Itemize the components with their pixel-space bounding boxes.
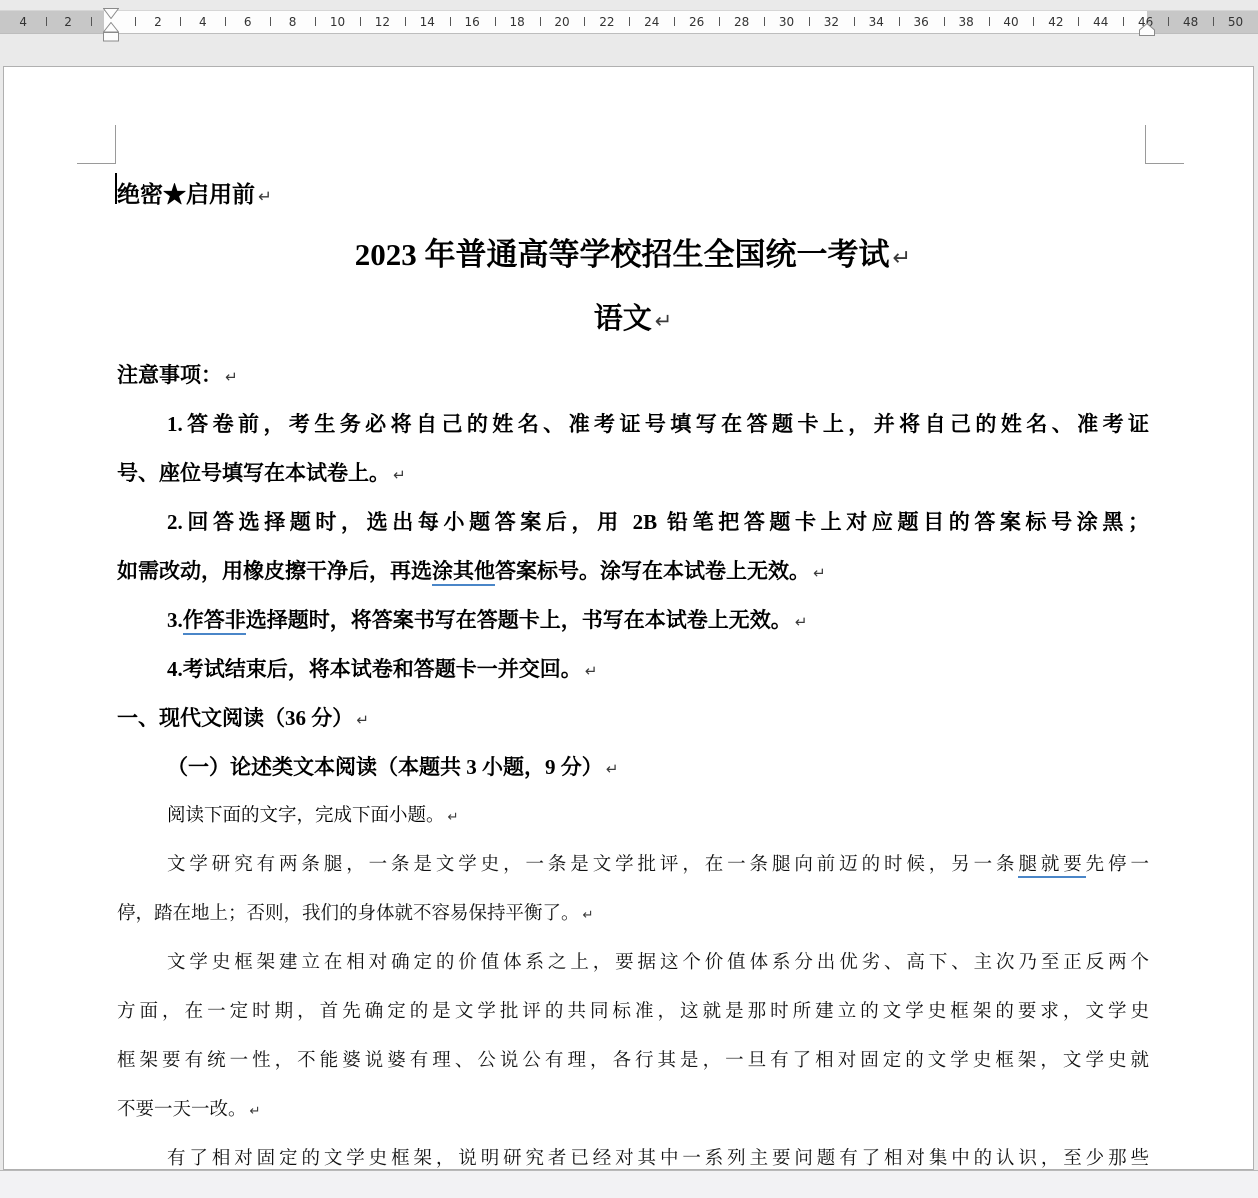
ruler-tick <box>495 17 496 26</box>
text-segment: 先停一 <box>1086 855 1149 875</box>
ruler-tick <box>764 17 765 26</box>
ruler-tick <box>1123 17 1124 26</box>
ruler-tick <box>854 17 855 26</box>
text-line[interactable]: 方面，在一定时期，首先确定的是文学批评的共同标准，这就是那时所建立的文学史框架的… <box>117 988 1149 1037</box>
right-indent-marker-icon[interactable] <box>1139 23 1155 36</box>
text-segment: 方面，在一定时期，首先确定的是文学批评的共同标准，这就是那时所建立的文学史框架的… <box>117 1002 1149 1022</box>
hanging-indent-marker-icon[interactable] <box>103 22 119 42</box>
text-segment: 阅读下面的文字，完成下面小题。 <box>167 806 445 826</box>
paragraph-mark-icon: ↵ <box>356 711 369 729</box>
paragraph-mark-icon: ↵ <box>585 662 598 680</box>
text-segment: 选择题时，将答案书写在答题卡上，书写在本试卷上无效。 <box>246 608 792 632</box>
crop-mark-top-right-horizontal <box>1145 163 1184 164</box>
text-line[interactable]: 阅读下面的文字，完成下面小题。↵ <box>117 792 1149 841</box>
ruler-label: 32 <box>824 11 839 33</box>
paragraph-mark-icon: ↵ <box>813 564 826 582</box>
ruler-tick <box>270 17 271 26</box>
text-segment: 号、座位号填写在本试卷上。 <box>117 461 390 485</box>
ruler-tick <box>944 17 945 26</box>
ruler-label: 2 <box>64 11 72 33</box>
text-segment: 文学研究有两条腿，一条是文学史，一条是文学批评，在一条腿向前迈的时候，另一条 <box>167 855 1018 875</box>
bottom-strip <box>0 1170 1258 1198</box>
text-segment: 绝密★启用前 <box>117 182 255 207</box>
ruler-tick <box>584 17 585 26</box>
paragraph-mark-icon: ↵ <box>893 245 912 271</box>
text-line[interactable]: 不要一天一改。↵ <box>117 1086 1149 1135</box>
text-segment: 文学史框架建立在相对确定的价值体系之上，要据这个价值体系分出优劣、高下、主次乃至… <box>167 953 1149 973</box>
ruler-label: 4 <box>19 11 27 33</box>
paragraph-mark-icon: ↵ <box>250 1104 261 1119</box>
text-cursor <box>115 173 117 204</box>
ruler-label: 24 <box>644 11 659 33</box>
ruler-strip: 4224681012141618202224262830323436384042… <box>0 0 1258 66</box>
ruler-label: 12 <box>375 11 390 33</box>
text-segment: 4.考试结束后，将本试卷和答题卡一并交回。 <box>167 657 582 681</box>
ruler-label: 26 <box>689 11 704 33</box>
crop-mark-top-left-horizontal <box>77 163 116 164</box>
text-line[interactable]: 号、座位号填写在本试卷上。↵ <box>117 449 1149 498</box>
text-line[interactable]: 4.考试结束后，将本试卷和答题卡一并交回。↵ <box>117 645 1149 694</box>
ruler-tick <box>1078 17 1079 26</box>
text-segment: 答案标号。涂写在本试卷上无效。 <box>495 559 810 583</box>
ruler-tick <box>989 17 990 26</box>
document-text-area[interactable]: 绝密★启用前↵2023 年普通高等学校招生全国统一考试↵语文↵注意事项：↵1.答… <box>117 167 1149 1184</box>
text-segment: 语文 <box>594 303 652 335</box>
ruler-label: 20 <box>554 11 569 33</box>
text-segment: （一）论述类文本阅读（本题共 3 小题，9 分） <box>167 755 603 779</box>
paragraph-mark-icon: ↵ <box>606 760 619 778</box>
ruler-label: 38 <box>958 11 973 33</box>
paragraph-mark-icon: ↵ <box>258 187 272 206</box>
ruler-label: 44 <box>1093 11 1108 33</box>
ruler-label: 48 <box>1183 11 1198 33</box>
text-line[interactable]: 2.回答选择题时，选出每小题答案后，用 2B 铅笔把答题卡上对应题目的答案标号涂… <box>117 498 1149 547</box>
ruler-tick <box>540 17 541 26</box>
ruler-label: 2 <box>154 11 162 33</box>
ruler-tick <box>1213 17 1214 26</box>
text-line[interactable]: 1.答卷前，考生务必将自己的姓名、准考证号填写在答题卡上，并将自己的姓名、准考证 <box>117 400 1149 449</box>
crop-mark-top-right-vertical <box>1145 125 1146 163</box>
ruler-tick <box>674 17 675 26</box>
grammar-underlined-text: 腿就要 <box>1018 855 1085 878</box>
ruler-tick <box>360 17 361 26</box>
ruler-tick <box>91 17 92 26</box>
text-line[interactable]: 文学史框架建立在相对确定的价值体系之上，要据这个价值体系分出优劣、高下、主次乃至… <box>117 939 1149 988</box>
text-segment: 框架要有统一性，不能婆说婆有理、公说公有理，各行其是，一旦有了相对固定的文学史框… <box>117 1051 1149 1071</box>
text-line[interactable]: 注意事项：↵ <box>117 351 1149 400</box>
ruler-label: 42 <box>1048 11 1063 33</box>
ruler-label: 10 <box>330 11 345 33</box>
ruler-label: 50 <box>1228 11 1243 33</box>
ruler-tick <box>315 17 316 26</box>
text-line[interactable]: （一）论述类文本阅读（本题共 3 小题，9 分）↵ <box>117 743 1149 792</box>
ruler-tick <box>809 17 810 26</box>
text-segment: 1.答卷前，考生务必将自己的姓名、准考证号填写在答题卡上，并将自己的姓名、准考证 <box>167 412 1149 436</box>
text-line[interactable]: 文学研究有两条腿，一条是文学史，一条是文学批评，在一条腿向前迈的时候，另一条腿就… <box>117 841 1149 890</box>
text-line[interactable]: 绝密★启用前↵ <box>117 167 1149 223</box>
text-line[interactable]: 如需改动，用橡皮擦干净后，再选涂其他答案标号。涂写在本试卷上无效。↵ <box>117 547 1149 596</box>
crop-mark-top-left-vertical <box>115 125 116 163</box>
text-line[interactable]: 框架要有统一性，不能婆说婆有理、公说公有理，各行其是，一旦有了相对固定的文学史框… <box>117 1037 1149 1086</box>
ruler-label: 22 <box>599 11 614 33</box>
text-segment: 2023 年普通高等学校招生全国统一考试 <box>355 237 890 272</box>
ruler-tick <box>405 17 406 26</box>
text-segment: 2.回答选择题时，选出每小题答案后，用 2B 铅笔把答题卡上对应题目的答案标号涂… <box>167 510 1149 534</box>
ruler-tick <box>225 17 226 26</box>
ruler-tick <box>1168 17 1169 26</box>
ruler-label: 34 <box>869 11 884 33</box>
ruler-tick <box>450 17 451 26</box>
document-page[interactable]: 绝密★启用前↵2023 年普通高等学校招生全国统一考试↵语文↵注意事项：↵1.答… <box>3 66 1254 1170</box>
ruler-label: 36 <box>914 11 929 33</box>
text-line[interactable]: 2023 年普通高等学校招生全国统一考试↵ <box>117 223 1149 287</box>
app-window: 4224681012141618202224262830323436384042… <box>0 0 1258 1198</box>
ruler-label: 28 <box>734 11 749 33</box>
paragraph-mark-icon: ↵ <box>225 368 238 386</box>
ruler-label: 4 <box>199 11 207 33</box>
grammar-underlined-text: 涂其他 <box>432 559 495 586</box>
ruler-label: 30 <box>779 11 794 33</box>
ruler-tick <box>719 17 720 26</box>
text-line[interactable]: 语文↵ <box>117 287 1149 351</box>
text-segment: 3. <box>167 608 183 632</box>
first-line-indent-marker-icon[interactable] <box>103 8 119 19</box>
ruler-tick <box>629 17 630 26</box>
ruler-label: 18 <box>509 11 524 33</box>
ruler-text-area <box>104 11 1147 33</box>
text-segment: 如需改动，用橡皮擦干净后，再选 <box>117 559 432 583</box>
text-segment: 有了相对固定的文学史框架，说明研究者已经对其中一系列主要问题有了相对集中的认识，… <box>167 1149 1149 1169</box>
text-segment: 一、现代文阅读（36 分） <box>117 706 353 730</box>
paragraph-mark-icon: ↵ <box>655 309 673 333</box>
ruler-label: 8 <box>289 11 297 33</box>
paragraph-mark-icon: ↵ <box>795 613 808 631</box>
ruler-label: 40 <box>1003 11 1018 33</box>
ruler-label: 14 <box>420 11 435 33</box>
ruler-label: 16 <box>465 11 480 33</box>
text-line[interactable]: 停，踏在地上；否则，我们的身体就不容易保持平衡了。↵ <box>117 890 1149 939</box>
ruler-tick <box>1033 17 1034 26</box>
text-line[interactable]: 一、现代文阅读（36 分）↵ <box>117 694 1149 743</box>
horizontal-ruler[interactable]: 4224681012141618202224262830323436384042… <box>0 10 1258 34</box>
ruler-tick <box>180 17 181 26</box>
paragraph-mark-icon: ↵ <box>448 810 459 825</box>
paragraph-mark-icon: ↵ <box>393 466 406 484</box>
text-segment: 注意事项： <box>117 363 222 387</box>
paragraph-mark-icon: ↵ <box>583 908 594 923</box>
grammar-underlined-text: 作答非 <box>183 608 246 635</box>
ruler-label: 6 <box>244 11 252 33</box>
text-segment: 停，踏在地上；否则，我们的身体就不容易保持平衡了。 <box>117 904 580 924</box>
ruler-tick <box>135 17 136 26</box>
ruler-tick <box>899 17 900 26</box>
text-segment: 不要一天一改。 <box>117 1100 247 1120</box>
text-line[interactable]: 3.作答非选择题时，将答案书写在答题卡上，书写在本试卷上无效。↵ <box>117 596 1149 645</box>
ruler-tick <box>46 17 47 26</box>
